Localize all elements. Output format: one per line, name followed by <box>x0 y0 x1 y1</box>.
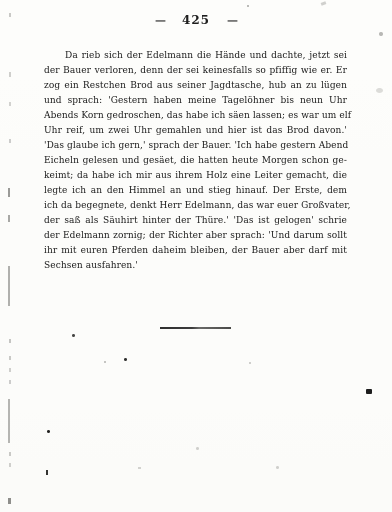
scan-speck <box>46 470 48 475</box>
scan-speck <box>8 399 10 443</box>
scan-speck <box>72 334 75 337</box>
text-line: Eicheln gelesen und gesäet, die hatten h… <box>44 154 347 169</box>
scan-speck <box>379 32 383 36</box>
scan-speck <box>9 452 11 456</box>
scan-speck <box>8 215 10 222</box>
paragraph: Da rieb sich der Edelmann die Hände und … <box>44 49 347 274</box>
text-line: Sechsen ausfahren.' <box>44 259 347 274</box>
text-line: 'Das glaube ich gern,' sprach der Bauer.… <box>44 139 347 154</box>
scan-speck <box>9 380 11 384</box>
scan-speck <box>9 356 11 360</box>
scan-speck <box>321 1 327 6</box>
scan-speck <box>366 389 372 394</box>
header-right-dash: — <box>227 15 237 25</box>
text-line: der saß als Säuhirt hinter der Thüre.' '… <box>44 214 347 229</box>
scan-speck <box>249 362 251 364</box>
scan-speck <box>9 13 11 17</box>
scan-speck <box>124 358 127 361</box>
scan-speck <box>9 72 11 77</box>
scan-speck <box>8 188 10 197</box>
scan-speck <box>47 430 50 433</box>
text-line: der Edelmann zornig; der Richter aber sp… <box>44 229 347 244</box>
book-page: — 425 — Da rieb sich der Edelmann die Hä… <box>0 0 392 512</box>
scan-speck <box>104 361 106 363</box>
scan-speck <box>9 139 11 143</box>
text-line: und sprach: 'Gestern haben meine Tagelöh… <box>44 94 347 109</box>
section-divider-rule <box>160 327 231 329</box>
text-line: keimt; da habe ich mir aus ihrem Holz ei… <box>44 169 347 184</box>
scan-speck <box>9 339 11 343</box>
scan-speck <box>138 467 141 469</box>
page-header: — 425 — <box>0 13 392 27</box>
scan-speck <box>9 463 11 467</box>
text-line: legte ich an den Himmel an und stieg hin… <box>44 184 347 199</box>
page-number: 425 <box>182 13 210 27</box>
text-line: zog ein Restchen Brod aus seiner Jagdtas… <box>44 79 347 94</box>
text-line: ihr mit euren Pferden daheim bleiben, de… <box>44 244 347 259</box>
scan-speck <box>196 447 199 450</box>
scan-speck <box>8 266 10 306</box>
scan-speck <box>247 5 249 7</box>
text-line: Uhr reif, um zwei Uhr gemahlen und hier … <box>44 124 347 139</box>
scan-speck <box>276 466 279 469</box>
scan-speck <box>9 368 11 372</box>
scan-speck <box>8 498 11 504</box>
scan-speck <box>376 88 383 93</box>
scan-speck <box>9 102 11 106</box>
text-line: Abends Korn gedroschen, das habe ich säe… <box>44 109 347 124</box>
text-line: der Bauer verloren, denn der sei keinesf… <box>44 64 347 79</box>
text-line: Da rieb sich der Edelmann die Hände und … <box>44 49 347 64</box>
text-line: ich da begegnete, denkt Herr Edelmann, d… <box>44 199 347 214</box>
header-left-dash: — <box>155 15 165 25</box>
